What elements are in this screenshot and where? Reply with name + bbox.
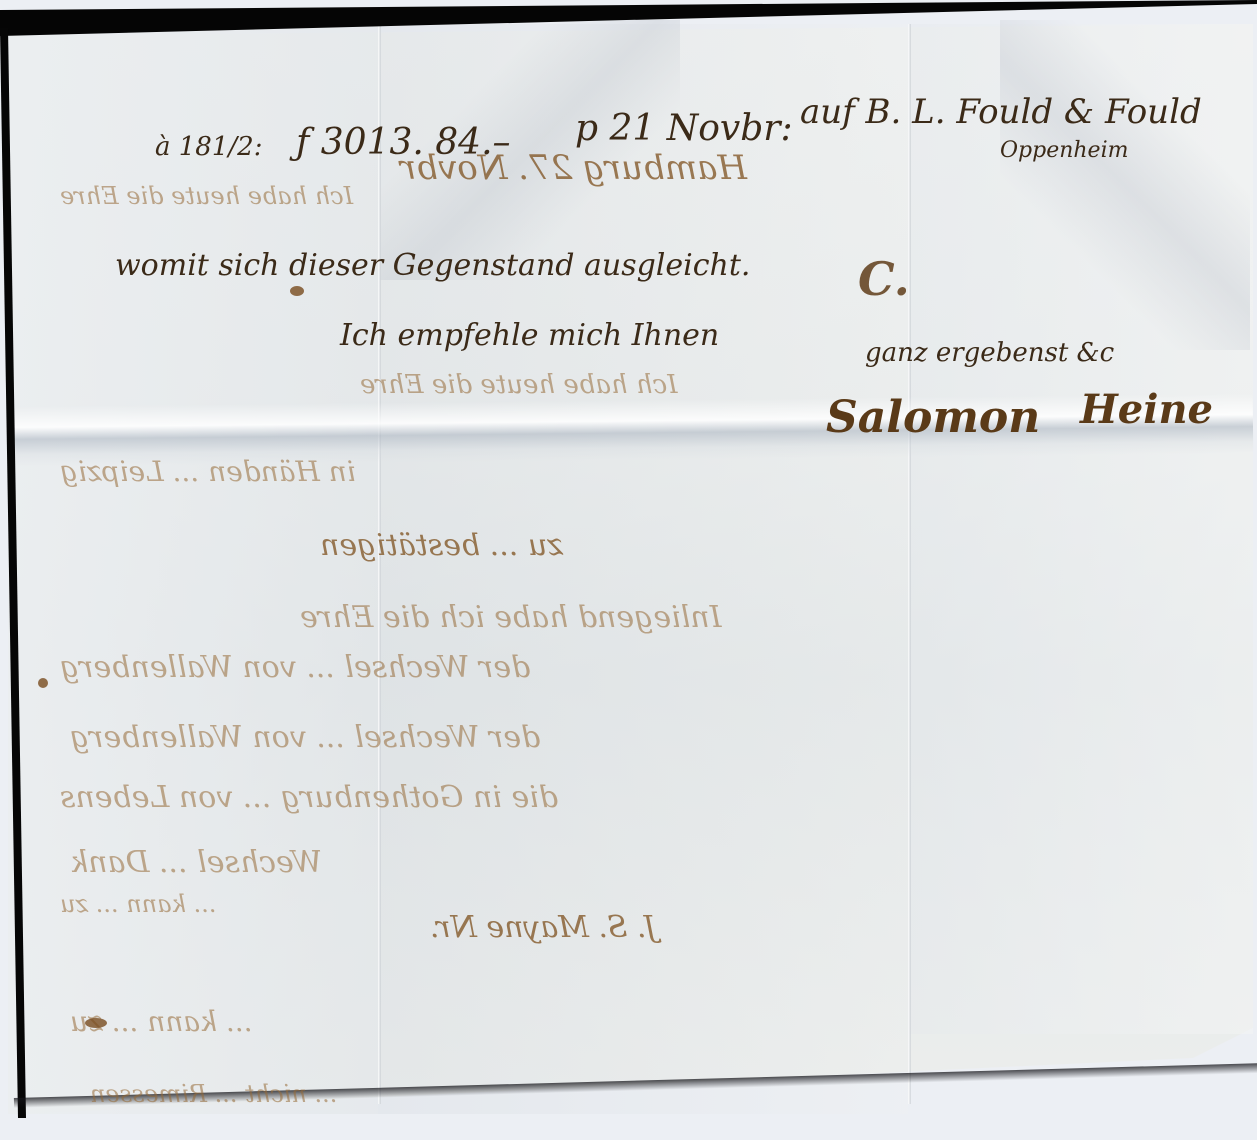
closing-formula: ganz ergebenst &c bbox=[865, 338, 1114, 368]
body-line: womit sich dieser Gegenstand ausgleicht. bbox=[115, 248, 750, 283]
date: p 21 Novbr: bbox=[575, 108, 793, 149]
body-line: Ich empfehle mich Ihnen bbox=[340, 318, 719, 353]
amount: ƒ 3013. 84.– bbox=[296, 122, 511, 163]
payee-place: Oppenheim bbox=[1000, 138, 1128, 163]
bleed-through-line: Ich habe heute die Ehre bbox=[360, 370, 678, 400]
bleed-through-line: Inliegend habe ich die Ehre bbox=[300, 600, 722, 635]
exchange-rate: à 181/2: bbox=[155, 132, 262, 162]
bleed-through-line: Ich habe heute die Ehre bbox=[60, 182, 353, 210]
bleed-through-line: der Wechsel ... von Wallenberg bbox=[70, 720, 540, 755]
ink-blot bbox=[290, 286, 304, 296]
ink-blot bbox=[85, 1018, 107, 1028]
signature-first-name: Salomon bbox=[826, 392, 1040, 443]
bleed-through-stamp: J. S. Mayne Nr. bbox=[430, 910, 656, 945]
fold-shadow bbox=[1000, 20, 1250, 350]
initials-mark: C. bbox=[858, 252, 910, 306]
vertical-fold-line bbox=[908, 24, 911, 1104]
bleed-through-line: der Wechsel ... von Wallenberg bbox=[60, 650, 530, 685]
ink-blot bbox=[38, 678, 48, 688]
bleed-through-line: in Händen ... Leipzig bbox=[60, 455, 356, 488]
vertical-fold-line bbox=[378, 24, 381, 1104]
bleed-through-line: die in Gothenburg ... von Lebens bbox=[60, 780, 558, 815]
bleed-through-line: ... nicht ... Rimessen bbox=[90, 1080, 337, 1108]
bleed-through-line: ... kann ... zu bbox=[60, 890, 217, 918]
bleed-through-line: zu ... bestätigen bbox=[320, 528, 563, 563]
bleed-through-line: Wechsel ... Dank bbox=[70, 845, 322, 880]
draft-payee: auf B. L. Fould & Fould bbox=[800, 92, 1202, 132]
signature-last-name: Heine bbox=[1080, 386, 1213, 433]
